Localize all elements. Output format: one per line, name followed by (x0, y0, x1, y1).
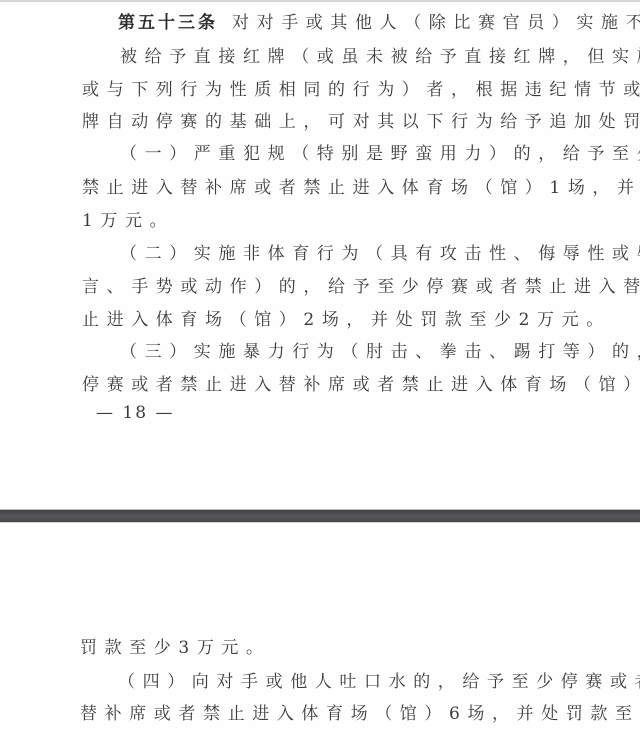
page-divider (0, 509, 640, 523)
document-page-bottom: 罚款至少3万元。 （四）向对手或他人吐口水的，给予至少停赛或者禁止进入 替补席或… (0, 523, 640, 734)
article-first-line: 第五十三条对对手或其他人（除比赛官员）实施不当行为 (118, 11, 640, 35)
clause-2-line: （二）实施非体育行为（具有攻击性、侮辱性或辱骂性的语 (120, 242, 640, 266)
text-line: 牌自动停赛的基础上，可对其以下行为给予追加处罚： (82, 110, 640, 134)
document-page-top: 第五十三条对对手或其他人（除比赛官员）实施不当行为 被给予直接红牌（或虽未被给予… (0, 0, 640, 510)
text-line: 1万元。 (82, 209, 174, 233)
text-line: 被给予直接红牌（或虽未被给予直接红牌，但实施下列行为 (120, 45, 640, 69)
article-heading: 第五十三条 (118, 13, 218, 33)
text-line: 替补席或者禁止进入体育场（馆）6场，并处罚款至少6万元。 (80, 702, 640, 726)
clause-3-line: （三）实施暴力行为（肘击、拳击、踢打等）的，给予至少 (120, 340, 640, 364)
page-number: — 18 — (96, 401, 174, 425)
text-line: 禁止进入替补席或者禁止进入体育场（馆）1场，并处罚款至少 (82, 176, 640, 200)
text-line: 对对手或其他人（除比赛官员）实施不当行为 (232, 13, 640, 33)
clause-1-line: （一）严重犯规（特别是野蛮用力）的，给予至少停赛或者 (120, 142, 640, 166)
text-line: 或与下列行为性质相同的行为）者，根据违纪情节或影响，在红 (82, 78, 640, 102)
text-line: 止进入体育场（馆）2场，并处罚款至少2万元。 (82, 308, 611, 332)
text-line: 言、手势或动作）的，给予至少停赛或者禁止进入替补席或者禁 (82, 275, 640, 299)
text-line: 罚款至少3万元。 (80, 636, 271, 660)
text-line: 停赛或者禁止进入替补席或者禁止进入体育场（馆）3场，并处 (82, 373, 640, 397)
clause-4-line: （四）向对手或他人吐口水的，给予至少停赛或者禁止进入 (118, 670, 640, 694)
